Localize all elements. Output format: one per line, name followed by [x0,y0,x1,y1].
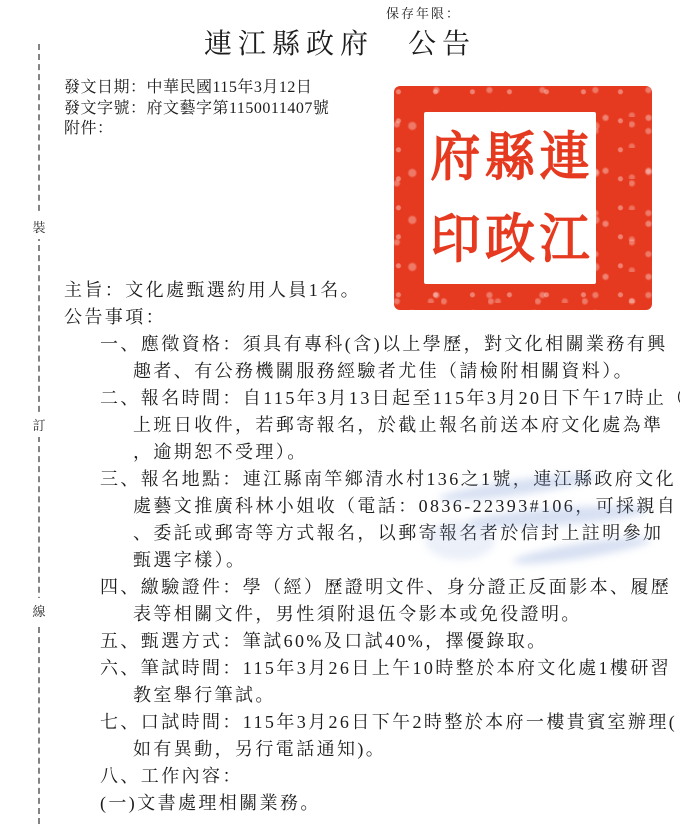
document-meta: 發文日期：中華民國115年3月12日 發文字號：府文藝字第1150011407號… [64,78,329,140]
announcement-line: 六、筆試時間：115年3月26日上午10時整於本府文化處1樓研習 [100,655,676,682]
announcement-line: 四、繳驗證件：學（經）歷證明文件、身分證正反面影本、履歷 [100,574,676,601]
announcement-line: (一)文書處理相關業務。 [100,790,676,817]
seal-char: 印 [428,196,483,283]
announcement-line: 甄選字樣）。 [133,547,676,574]
seal-char: 府 [428,114,483,201]
announcement-line: 五、甄選方式：筆試60%及口試40%，擇優錄取。 [100,628,676,655]
announcement-line: 三、報名地點：連江縣南竿鄉清水村136之1號，連江縣政府文化 [100,466,676,493]
announcement-line: 如有異動，另行電話通知)。 [133,736,676,763]
announcement-line: ，逾期恕不受理）。 [133,439,676,466]
announcement-line: 趣者、有公務機關服務經驗者尤佳（請檢附相關資料）。 [133,358,676,385]
announcement-line: 教室舉行筆試。 [133,682,676,709]
announcement-line: 八、工作內容： [100,763,676,790]
document-number: 發文字號：府文藝字第1150011407號 [64,99,329,120]
announcement-line: 處藝文推廣科林小姐收（電話：0836-22393#106，可採親自 [133,493,676,520]
seal-char: 縣 [483,114,538,201]
announcement-document: 保存年限： 連江縣政府 公告 發文日期：中華民國115年3月12日 發文字號：府… [0,0,680,824]
seal-char: 政 [483,196,538,283]
announcement-line: 上班日收件，若郵寄報名，於截止報名前送本府文化處為準 [133,412,676,439]
announcement-line: 七、口試時間：115年3月26日下午2時整於本府一樓貴賓室辦理( [100,709,676,736]
page-title: 連江縣政府 公告 [0,22,680,62]
section-header: 公告事項： [64,304,676,331]
seal-char: 江 [537,196,592,283]
attachment-label: 附件： [64,119,329,140]
announcement-line: 一、應徵資格：須具有專科(含)以上學歷，對文化相關業務有興 [100,331,676,358]
seal-inner-face: 府 縣 連 印 政 江 [424,112,596,284]
seal-char: 連 [537,114,592,201]
announcement-body: 主旨：文化處甄選約用人員1名。 公告事項： 一、應徵資格：須具有專科(含)以上學… [64,277,676,817]
binding-mark-zhuang: 裝 [31,214,47,239]
binding-mark-xian: 線 [31,598,47,623]
issue-date: 發文日期：中華民國115年3月12日 [64,78,329,99]
announcement-line: 表等相關文件，男性須附退伍令影本或免役證明。 [133,601,676,628]
retention-period-label: 保存年限： [386,3,461,22]
binding-mark-ding: 訂 [31,412,47,437]
announcement-line: 、委託或郵寄等方式報名，以郵寄報名者於信封上註明參加 [133,520,676,547]
announcement-line: 二、報名時間：自115年3月13日起至115年3月20日下午17時止（ [100,385,676,412]
